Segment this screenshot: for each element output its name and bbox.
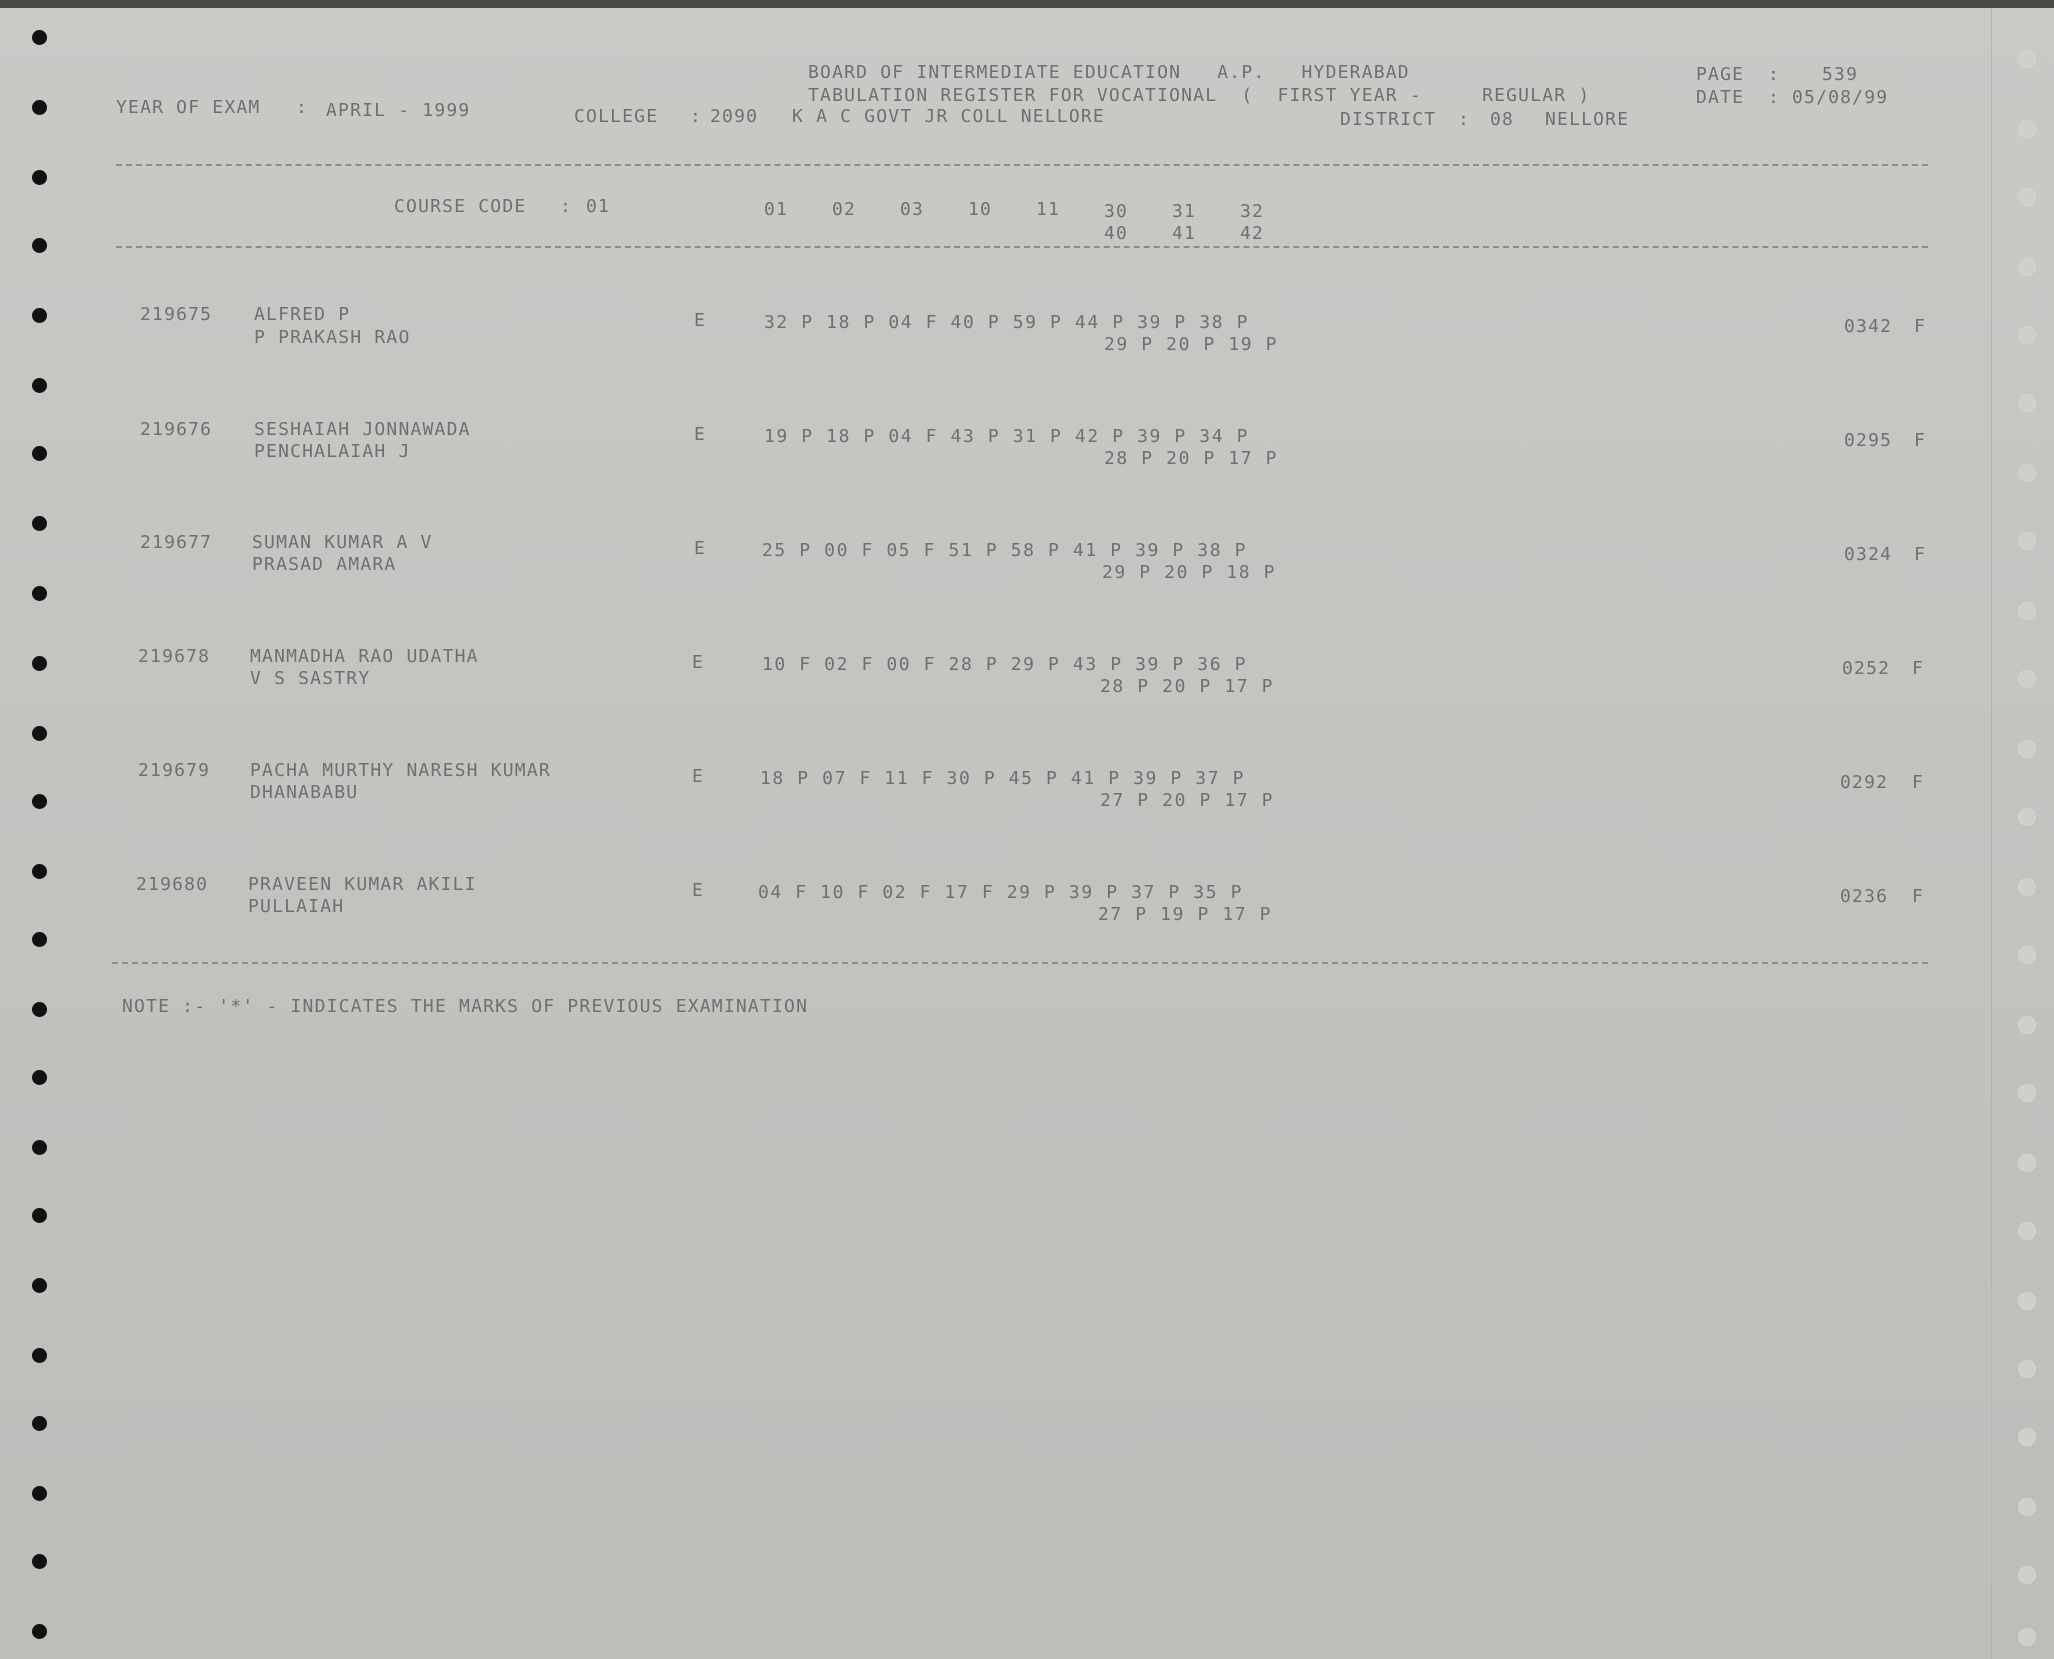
- total-marks: 0295: [1844, 430, 1892, 452]
- parent-name: V S SASTRY: [250, 668, 370, 690]
- student-name: MANMADHA RAO UDATHA: [250, 646, 479, 668]
- column-header-divider: [116, 246, 1928, 248]
- parent-name: P PRAKASH RAO: [254, 327, 410, 349]
- roll-number: 219678: [138, 646, 210, 668]
- feed-hole-icon: [32, 794, 47, 809]
- roll-number: 219676: [140, 419, 212, 441]
- feed-hole-icon: [32, 446, 47, 461]
- feed-hole-icon: [2018, 1016, 2036, 1034]
- page-label: PAGE: [1696, 64, 1744, 86]
- feed-hole-icon: [32, 1416, 47, 1431]
- feed-hole-icon: [2018, 1498, 2036, 1516]
- roll-number: 219677: [140, 532, 212, 554]
- year-of-exam-label: YEAR OF EXAM: [116, 97, 260, 119]
- feed-hole-icon: [32, 30, 47, 45]
- feed-hole-icon: [2018, 326, 2036, 344]
- parent-name: PULLAIAH: [248, 896, 344, 918]
- marks-row-2: 27 P 19 P 17 P: [1098, 904, 1272, 926]
- feed-hole-icon: [2018, 1292, 2036, 1310]
- course-code-label: COURSE CODE: [394, 196, 526, 218]
- student-name: SUMAN KUMAR A V: [252, 532, 433, 554]
- student-name: SESHAIAH JONNAWADA: [254, 419, 471, 441]
- feed-hole-icon: [2018, 1566, 2036, 1584]
- feed-hole-icon: [2018, 946, 2036, 964]
- feed-hole-icon: [32, 656, 47, 671]
- course-code-value: 01: [586, 196, 610, 218]
- feed-hole-icon: [32, 1278, 47, 1293]
- parent-name: PENCHALAIAH J: [254, 441, 410, 463]
- feed-hole-icon: [2018, 532, 2036, 550]
- medium: E: [692, 652, 704, 674]
- total-marks: 0292: [1840, 772, 1888, 794]
- subject-code: 03: [900, 199, 924, 221]
- roll-number: 219679: [138, 760, 210, 782]
- result-status: F: [1912, 658, 1924, 680]
- feed-hole-icon: [32, 1624, 47, 1639]
- marks-row-2: 29 P 20 P 19 P: [1104, 334, 1278, 356]
- subject-code: 32: [1240, 201, 1264, 223]
- feed-hole-icon: [32, 378, 47, 393]
- feed-hole-icon: [2018, 50, 2036, 68]
- board-title: BOARD OF INTERMEDIATE EDUCATION A.P. HYD…: [808, 62, 1410, 84]
- marks-row-2: 27 P 20 P 17 P: [1100, 790, 1274, 812]
- medium: E: [694, 424, 706, 446]
- feed-hole-icon: [2018, 670, 2036, 688]
- feed-hole-icon: [32, 100, 47, 115]
- marks-row-1: 18 P 07 F 11 F 30 P 45 P 41 P 39 P 37 P: [760, 768, 1245, 790]
- left-feed-strip: [0, 8, 95, 1659]
- medium: E: [692, 880, 704, 902]
- subject-code: 02: [832, 199, 856, 221]
- subject-code: 11: [1036, 199, 1060, 221]
- feed-hole-icon: [2018, 1428, 2036, 1446]
- marks-row-2: 28 P 20 P 17 P: [1104, 448, 1278, 470]
- subject-code: 41: [1172, 223, 1196, 245]
- medium: E: [694, 538, 706, 560]
- feed-hole-icon: [32, 1348, 47, 1363]
- total-marks: 0342: [1844, 316, 1892, 338]
- footer-divider: [112, 962, 1928, 964]
- medium: E: [694, 310, 706, 332]
- medium: E: [692, 766, 704, 788]
- result-status: F: [1914, 430, 1926, 452]
- subject-code: 42: [1240, 223, 1264, 245]
- marks-row-1: 25 P 00 F 05 F 51 P 58 P 41 P 39 P 38 P: [762, 540, 1247, 562]
- page-number: 539: [1822, 64, 1858, 86]
- feed-hole-icon: [2018, 1222, 2036, 1240]
- roll-number: 219675: [140, 304, 212, 326]
- feed-hole-icon: [32, 1070, 47, 1085]
- feed-hole-icon: [2018, 258, 2036, 276]
- marks-row-2: 29 P 20 P 18 P: [1102, 562, 1276, 584]
- feed-hole-icon: [2018, 878, 2036, 896]
- subject-code: 31: [1172, 201, 1196, 223]
- parent-name: PRASAD AMARA: [252, 554, 396, 576]
- feed-hole-icon: [32, 1486, 47, 1501]
- register-title: TABULATION REGISTER FOR VOCATIONAL ( FIR…: [808, 85, 1590, 107]
- result-status: F: [1912, 886, 1924, 908]
- feed-hole-icon: [2018, 188, 2036, 206]
- student-name: PACHA MURTHY NARESH KUMAR: [250, 760, 551, 782]
- marks-row-1: 04 F 10 F 02 F 17 F 29 P 39 P 37 P 35 P: [758, 882, 1243, 904]
- total-marks: 0324: [1844, 544, 1892, 566]
- feed-hole-icon: [32, 238, 47, 253]
- feed-hole-icon: [2018, 602, 2036, 620]
- feed-hole-icon: [2018, 1628, 2036, 1646]
- subject-code: 10: [968, 199, 992, 221]
- feed-hole-icon: [32, 1002, 47, 1017]
- feed-hole-icon: [2018, 120, 2036, 138]
- feed-hole-icon: [32, 726, 47, 741]
- feed-hole-icon: [2018, 1360, 2036, 1378]
- feed-hole-icon: [32, 308, 47, 323]
- student-name: ALFRED P: [254, 304, 350, 326]
- marks-row-1: 32 P 18 P 04 F 40 P 59 P 44 P 39 P 38 P: [764, 312, 1249, 334]
- tabulation-register-page: BOARD OF INTERMEDIATE EDUCATION A.P. HYD…: [0, 8, 2054, 1659]
- roll-number: 219680: [136, 874, 208, 896]
- result-status: F: [1914, 316, 1926, 338]
- feed-hole-icon: [32, 586, 47, 601]
- marks-row-2: 28 P 20 P 17 P: [1100, 676, 1274, 698]
- parent-name: DHANABABU: [250, 782, 358, 804]
- feed-hole-icon: [2018, 740, 2036, 758]
- feed-hole-icon: [2018, 808, 2036, 826]
- feed-hole-icon: [32, 932, 47, 947]
- year-of-exam-value: APRIL - 1999: [326, 100, 470, 122]
- feed-hole-icon: [32, 1208, 47, 1223]
- total-marks: 0252: [1842, 658, 1890, 680]
- footer-note: NOTE :- '*' - INDICATES THE MARKS OF PRE…: [122, 996, 808, 1018]
- header-divider: [116, 164, 1928, 166]
- date-value: 05/08/99: [1792, 87, 1888, 109]
- subject-code: 01: [764, 199, 788, 221]
- result-status: F: [1912, 772, 1924, 794]
- district-label: DISTRICT: [1340, 109, 1436, 131]
- district-name: NELLORE: [1545, 109, 1629, 131]
- district-code: 08: [1490, 109, 1514, 131]
- total-marks: 0236: [1840, 886, 1888, 908]
- feed-hole-icon: [2018, 1084, 2036, 1102]
- college-label: COLLEGE: [574, 106, 658, 128]
- feed-hole-icon: [2018, 394, 2036, 412]
- feed-hole-icon: [2018, 1154, 2036, 1172]
- date-label: DATE: [1696, 87, 1744, 109]
- right-feed-strip: [1984, 8, 2054, 1659]
- subject-code: 30: [1104, 201, 1128, 223]
- feed-hole-icon: [32, 1140, 47, 1155]
- marks-row-1: 19 P 18 P 04 F 43 P 31 P 42 P 39 P 34 P: [764, 426, 1249, 448]
- feed-hole-icon: [2018, 464, 2036, 482]
- feed-hole-icon: [32, 516, 47, 531]
- marks-row-1: 10 F 02 F 00 F 28 P 29 P 43 P 39 P 36 P: [762, 654, 1247, 676]
- college-code: 2090: [710, 106, 758, 128]
- college-name: K A C GOVT JR COLL NELLORE: [792, 106, 1105, 128]
- feed-hole-icon: [32, 864, 47, 879]
- result-status: F: [1914, 544, 1926, 566]
- feed-hole-icon: [32, 170, 47, 185]
- feed-hole-icon: [32, 1554, 47, 1569]
- student-name: PRAVEEN KUMAR AKILI: [248, 874, 477, 896]
- subject-code: 40: [1104, 223, 1128, 245]
